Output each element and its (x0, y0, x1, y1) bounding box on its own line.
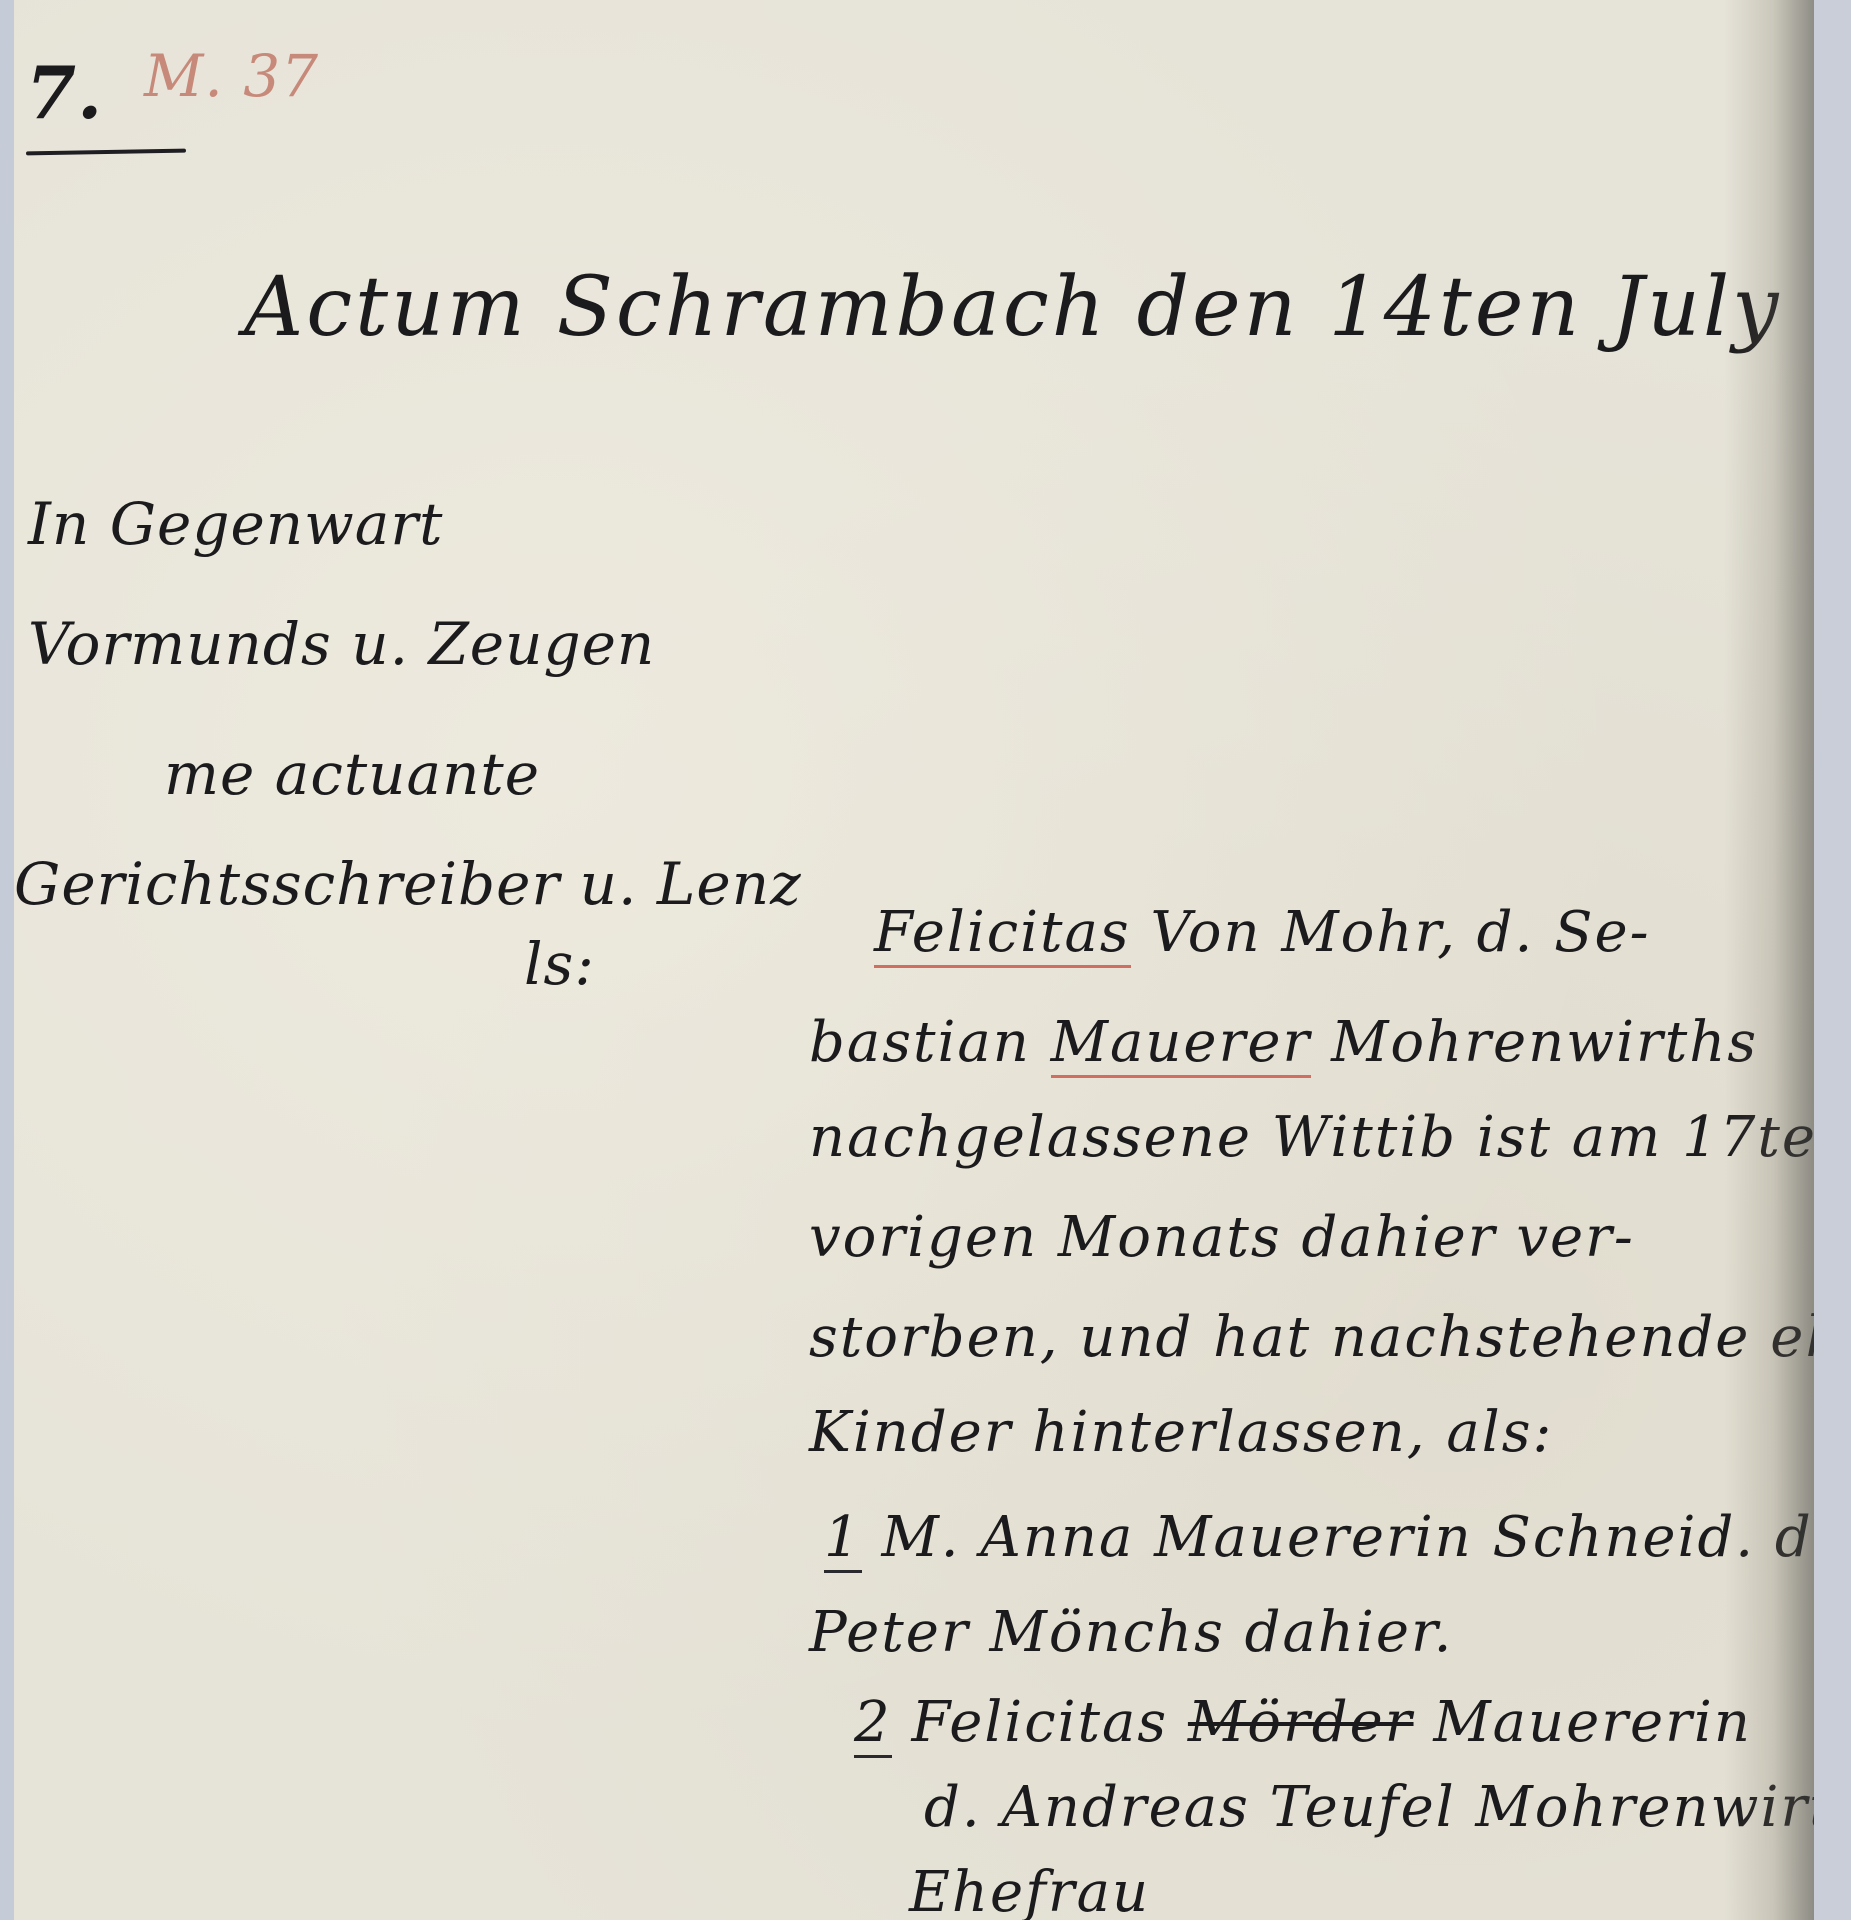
body-line: storben, und hat nachstehende ehel. (809, 1305, 1814, 1370)
scan-edge-right (1814, 0, 1851, 1920)
margin-line: Gerichtsschreiber u. Lenz (14, 850, 802, 918)
scan-edge-left (0, 0, 14, 1920)
list-item: 2 Felicitas Mörder Mauererin (854, 1690, 1752, 1755)
body-line: bastian Mauerer Mohrenwirths (809, 1010, 1758, 1075)
margin-line: me actuante (164, 740, 540, 808)
body-line: nachgelassene Wittib ist am 17ten (809, 1105, 1814, 1170)
document-heading: Actum Schrambach den 14ten July 1800. (244, 260, 1814, 355)
body-line: Felicitas Von Mohr, d. Se- (874, 900, 1651, 965)
folio-underline (26, 149, 186, 156)
body-line: Ehefrau (909, 1860, 1150, 1920)
margin-line: In Gegenwart (28, 490, 443, 558)
margin-line: ls: (524, 930, 595, 998)
list-number: 1 (824, 1505, 862, 1573)
folio-number: 7. (26, 50, 103, 135)
binding-shadow (1724, 0, 1814, 1920)
body-line: Kinder hinterlassen, als: (809, 1400, 1553, 1465)
body-line: d. Andreas Teufel Mohrenwirths (924, 1775, 1814, 1840)
folio-reference: M. 37 (144, 42, 319, 110)
manuscript-page: 7. M. 37 Actum Schrambach den 14ten July… (14, 0, 1814, 1920)
underlined-name: Mauerer (1051, 1010, 1312, 1078)
list-number: 2 (854, 1690, 892, 1758)
body-line: vorigen Monats dahier ver- (809, 1205, 1635, 1270)
margin-line: Vormunds u. Zeugen (28, 610, 655, 678)
list-item: 1 M. Anna Mauererin Schneid. d. (824, 1505, 1814, 1570)
struck-word: Mörder (1188, 1690, 1414, 1755)
underlined-name: Felicitas (874, 900, 1131, 968)
body-line: Peter Mönchs dahier. (809, 1600, 1453, 1665)
